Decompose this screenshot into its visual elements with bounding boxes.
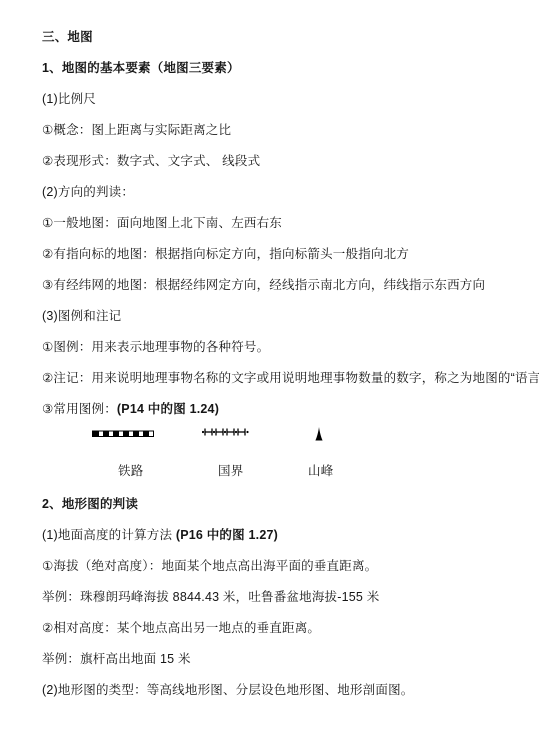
legend-caption: ③常用图例：(P14 中的图 1.24) [42,394,539,425]
paragraph: ①图例：用来表示地理事物的各种符号。 [42,332,539,363]
paragraph: (2)地形图的类型：等高线地形图、分层设色地形图、地形剖面图。 [42,675,539,706]
paragraph: ②注记：用来说明地理事物名称的文字或用说明地理事物数量的数字，称之为地图的“语言… [42,363,539,394]
document-page: 三、地图 1、地图的基本要素（地图三要素） (1)比例尺 ①概念：图上距离与实际… [0,0,539,729]
paragraph: (1)比例尺 [42,84,539,115]
calc-heading-text: (1)地面高度的计算方法 [42,528,176,542]
legend-label: 山峰 [308,463,333,479]
section-heading-basics: 1、地图的基本要素（地图三要素） [42,53,539,84]
document-title: 三、地图 [42,22,539,53]
mountain-peak-icon [315,427,323,441]
paragraph: ①概念：图上距离与实际距离之比 [42,115,539,146]
paragraph: ①海拔（绝对高度）：地面某个地点高出海平面的垂直距离。 [42,551,539,582]
paragraph: ①一般地图：面向地图上北下南、左西右东 [42,208,539,239]
document-content: 三、地图 1、地图的基本要素（地图三要素） (1)比例尺 ①概念：图上距离与实际… [42,22,539,706]
national-boundary-icon [202,427,249,437]
calc-heading-ref: (P16 中的图 1.27) [176,528,278,542]
section-heading-terrain: 2、地形图的判读 [42,489,539,520]
paragraph: (2)方向的判读： [42,177,539,208]
paragraph: ②表现形式：数字式、文字式、 线段式 [42,146,539,177]
paragraph: ②有指向标的地图：根据指向标定方向，指向标箭头一般指向北方 [42,239,539,270]
legend-label: 铁路 [118,463,143,479]
paragraph: 举例：旗杆高出地面 15 米 [42,644,539,675]
legend-caption-ref: (P14 中的图 1.24) [117,402,219,416]
paragraph: ②相对高度：某个地点高出另一地点的垂直距离。 [42,613,539,644]
paragraph: (3)图例和注记 [42,301,539,332]
paragraph: 举例：珠穆朗玛峰海拔 8844.43 米，吐鲁番盆地海拔-155 米 [42,582,539,613]
legend-label: 国界 [218,463,243,479]
legend-caption-text: ③常用图例： [42,402,117,416]
paragraph-calc-heading: (1)地面高度的计算方法 (P16 中的图 1.27) [42,520,539,551]
legend-figure: 铁路 国界 山峰 [42,425,539,489]
railway-icon [92,430,154,438]
paragraph: ③有经纬网的地图：根据经纬网定方向，经线指示南北方向，纬线指示东西方向 [42,270,539,301]
